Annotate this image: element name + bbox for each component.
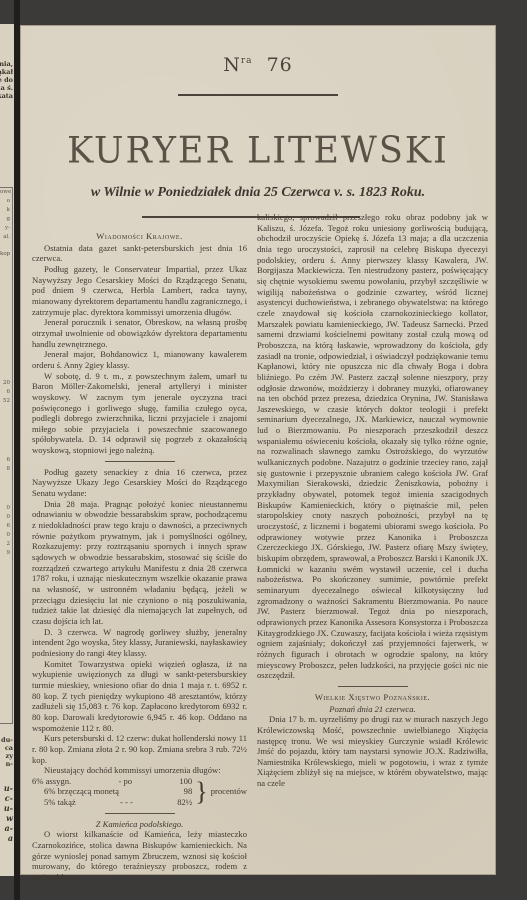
issue-number-prefix: N <box>223 54 241 76</box>
article-paragraph: O wiorst kilkanaście od Kamieńca, leży m… <box>32 829 247 882</box>
fragment-cell: 6 <box>0 456 12 465</box>
article-paragraph: Komitet Towarzystwa opieki więzień ogłas… <box>32 659 247 734</box>
debt-row: 6% assygn. - po 100 <box>32 776 192 787</box>
article-paragraph: Podług gazety senackiey z dnia 16 czerwc… <box>32 467 247 499</box>
debt-row-sep: - po <box>118 776 132 787</box>
fragment-cell: y- <box>0 224 12 233</box>
debt-row-value: 100 <box>179 776 192 787</box>
debt-row-label: 6% brzęczącą monetą <box>44 786 119 797</box>
fragment-word: e do <box>0 76 13 84</box>
article-paragraph: Jenerał porucznik i senator, Obreskow, n… <box>32 317 247 349</box>
article-paragraph: Dnia 28 maja. Pragnąc położyć koniec nie… <box>32 499 247 627</box>
fragment-cell: al. <box>0 233 12 242</box>
article-paragraph: kaliskiego, sprowadził przeszłego roku o… <box>257 212 488 681</box>
debt-row: 5% takąż - - - 82½ <box>32 797 192 808</box>
article-paragraph: Podług gazety, le Conservateur Impartial… <box>32 264 247 317</box>
rule-under-number <box>178 94 338 96</box>
issue-number-sup: ra <box>241 56 253 66</box>
fragment-word: c- <box>5 794 13 802</box>
article-paragraph: Kurs petersburski d. 12 czerw: dukat hol… <box>32 733 247 765</box>
fragment-cell: 6 <box>0 522 12 531</box>
fragment-word: n- <box>6 760 13 768</box>
fragment-cell: owe <box>0 188 12 197</box>
fragment-cell: kop <box>0 250 12 259</box>
adjacent-page-fragment: enia, ąkał e do ia ś. kata owe o k g y- … <box>0 24 14 876</box>
fragment-word: du- <box>1 736 13 744</box>
fragment-cell: 6 <box>0 388 12 397</box>
fragment-word: ąkał <box>0 68 13 76</box>
fragment-word: ca <box>5 744 13 752</box>
fragment-cell: 0 <box>0 513 12 522</box>
debt-row-value: 82½ <box>177 797 192 808</box>
debt-row: 6% brzęczącą monetą 98 <box>32 786 192 797</box>
brace-label: procentów <box>211 786 247 797</box>
fragment-word: kata <box>0 92 13 100</box>
left-column: Wiadomości Krajowe. Ostatnia data gazet … <box>32 231 247 883</box>
fragment-cell: 9 <box>0 549 12 558</box>
fragment-cell: g <box>0 215 12 224</box>
debt-row-label: 5% takąż <box>44 797 76 808</box>
fragment-cell: 52 <box>0 397 12 406</box>
fragment-cell: o <box>0 197 12 206</box>
fragment-word: zy <box>6 752 13 760</box>
fragment-cell: 2 <box>0 540 12 549</box>
section-heading: Wiadomości Krajowe. <box>32 231 247 242</box>
fragment-word: u- <box>4 804 13 812</box>
article-paragraph: D. 3 czerwca. W nagrodę gorliwey służby,… <box>32 627 247 659</box>
fragment-cell: 0 <box>0 504 12 513</box>
fragment-word: enia, <box>0 60 13 68</box>
separator-rule <box>105 461 175 462</box>
section-subheading: Poznań dnia 21 czerwca. <box>257 704 488 715</box>
fragment-word: a <box>8 834 13 842</box>
newspaper-title: KURYER LITEWSKI <box>20 130 496 172</box>
section-subheading: Z Kamieńca podolskiego. <box>32 819 247 830</box>
fragment-cell: 0 <box>0 531 12 540</box>
brace-symbol: } <box>195 779 207 805</box>
fragment-word: a- <box>4 824 13 832</box>
issue-number-value: 76 <box>267 54 293 76</box>
debt-row-value: 98 <box>184 786 193 797</box>
fragment-word: w <box>6 814 13 822</box>
article-paragraph: Dnia 17 b. m. uyrzeliśmy po drugi raz w … <box>257 714 488 789</box>
fragment-word: ia ś. <box>0 84 13 92</box>
debt-income-table: 6% assygn. - po 100 6% brzęczącą monetą … <box>32 776 247 808</box>
debt-row-label: 6% assygn. <box>32 776 71 787</box>
article-paragraph: Nieustający dochód kommissyi umorzenia d… <box>32 765 247 776</box>
right-column: kaliskiego, sprowadził przeszłego roku o… <box>257 212 488 789</box>
fragment-cell: k <box>0 206 12 215</box>
fragment-word: u- <box>4 784 13 792</box>
debt-row-sep: - - - <box>120 797 133 808</box>
fragment-table-box: owe o k g y- al. kop 20 6 52 6 8 0 0 6 0… <box>0 187 13 724</box>
fragment-cell: 8 <box>0 465 12 474</box>
article-paragraph: W sobotę, d. 9 t. m., z powszechnym żale… <box>32 371 247 456</box>
article-paragraph: Ostatnia data gazet sankt-petersburskich… <box>32 243 247 264</box>
fragment-cell: 20 <box>0 379 12 388</box>
section-heading: Wielkie Xięstwo Poznańskie. <box>257 692 488 703</box>
dateline: w Wilnie w Poniedziałek dnia 25 Czerwca … <box>20 185 496 201</box>
separator-rule <box>338 686 408 687</box>
separator-rule <box>105 813 175 814</box>
article-paragraph: Jenerał major, Bohdanowicz 1, mianowany … <box>32 349 247 370</box>
newspaper-page: Nra 76 KURYER LITEWSKI w Wilnie w Ponied… <box>20 25 496 875</box>
issue-number: Nra 76 <box>20 54 496 76</box>
